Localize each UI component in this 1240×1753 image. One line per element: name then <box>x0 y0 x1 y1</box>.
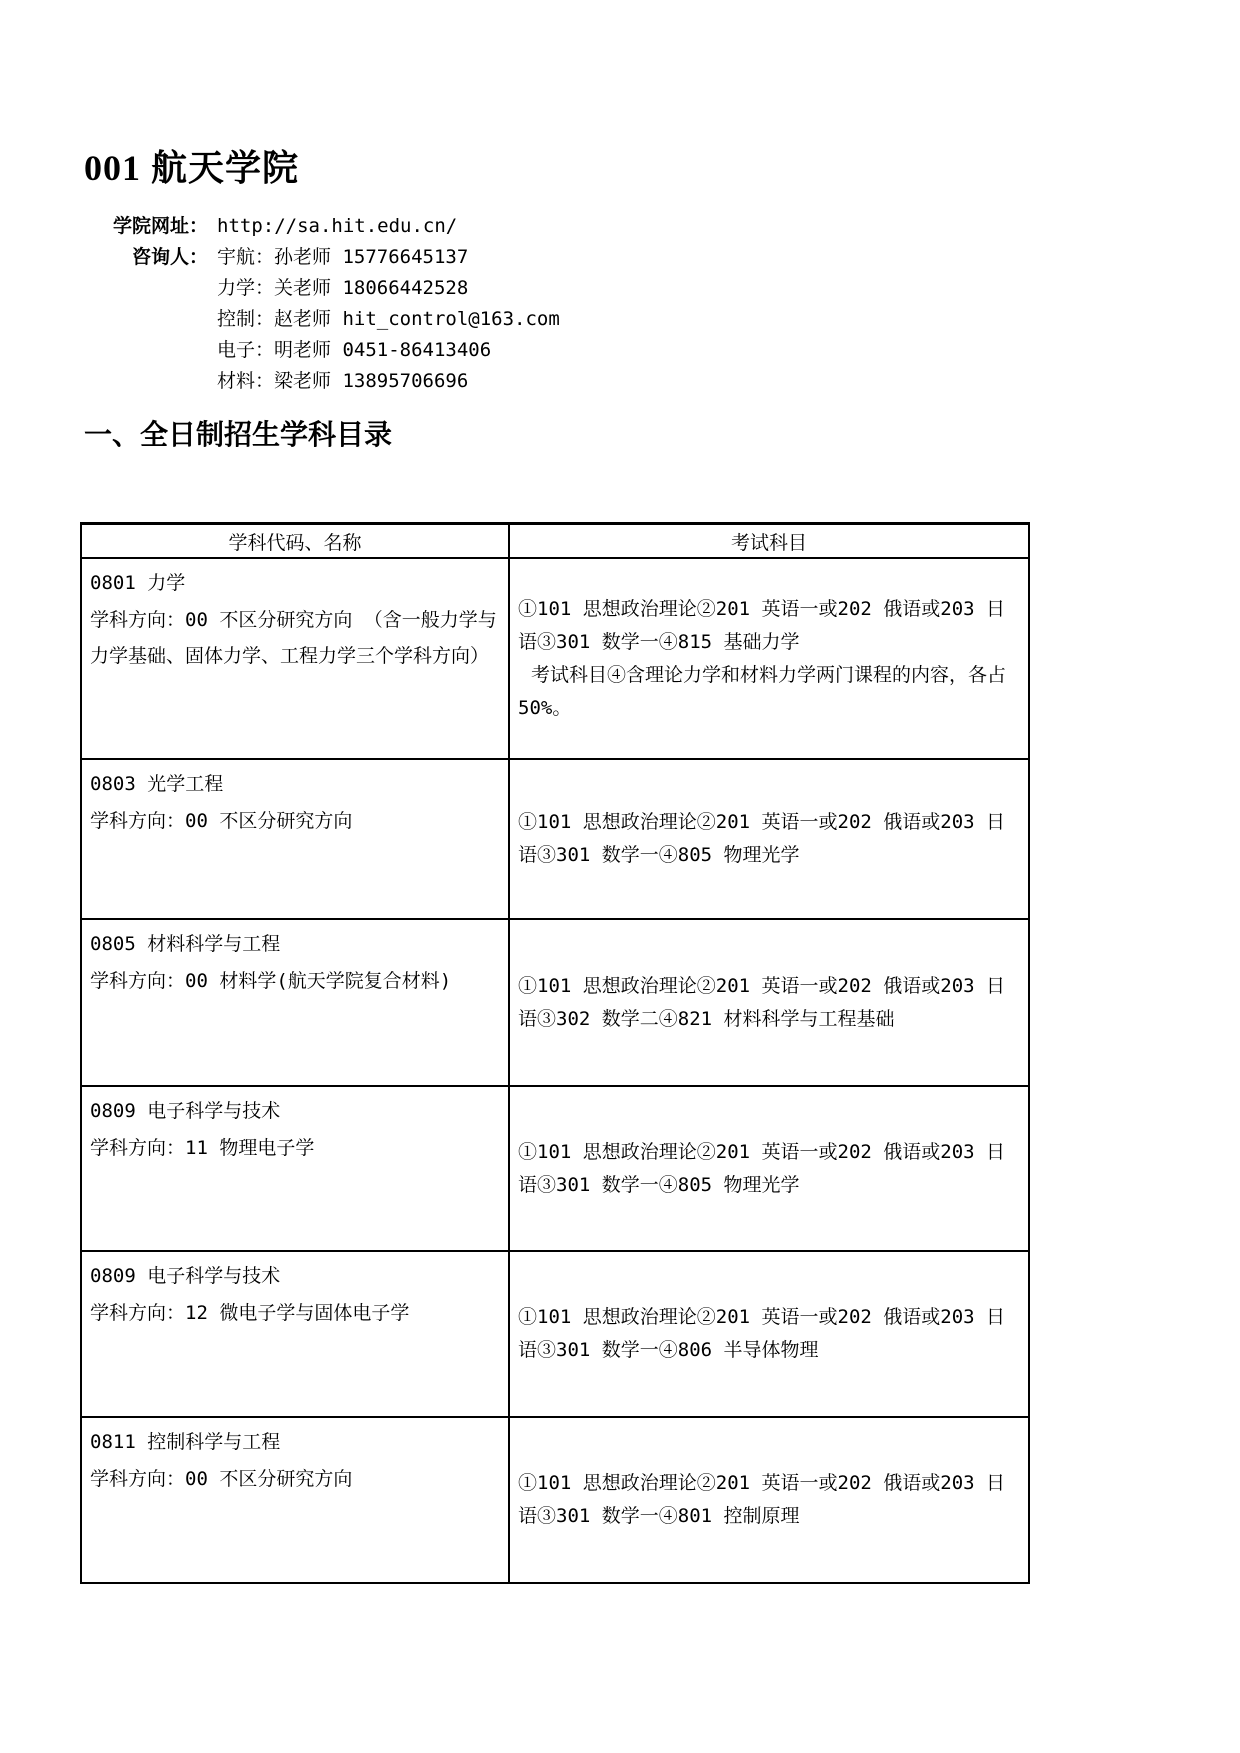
table-row: 0801 力学 学科方向：00 不区分研究方向 （含一般力学与力学基础、固体力学… <box>81 558 1029 759</box>
contact-row: 材料：梁老师 13895706696 <box>84 366 560 397</box>
contact-line: 控制：赵老师 hit_control@163.com <box>217 304 560 335</box>
code-name-cell: 0801 力学 学科方向：00 不区分研究方向 （含一般力学与力学基础、固体力学… <box>81 558 509 759</box>
direction-text: 学科方向：00 不区分研究方向 （含一般力学与力学基础、固体力学、工程力学三个学… <box>90 602 498 674</box>
subjects-text: ①101 思想政治理论②201 英语一或202 俄语或203 日语③301 数学… <box>518 1136 1022 1202</box>
catalog-table: 学科代码、名称 考试科目 0801 力学 学科方向：00 不区分研究方向 （含一… <box>80 522 1030 1584</box>
website-url: http://sa.hit.edu.cn/ <box>217 211 457 242</box>
subjects-text: ①101 思想政治理论②201 英语一或202 俄语或203 日语③301 数学… <box>518 806 1022 872</box>
direction-text: 学科方向：11 物理电子学 <box>90 1130 498 1166</box>
exam-subjects-cell: ①101 思想政治理论②201 英语一或202 俄语或203 日语③301 数学… <box>509 759 1029 919</box>
contact-row: 咨询人： 宇航：孙老师 15776645137 <box>84 242 560 273</box>
table-row: 0809 电子科学与技术 学科方向：12 微电子学与固体电子学 ①101 思想政… <box>81 1251 1029 1417</box>
code-name-text: 0809 电子科学与技术 <box>90 1258 498 1294</box>
table-row: 0803 光学工程 学科方向：00 不区分研究方向 ①101 思想政治理论②20… <box>81 759 1029 919</box>
table-header-row: 学科代码、名称 考试科目 <box>81 524 1029 559</box>
exam-subjects-cell: ①101 思想政治理论②201 英语一或202 俄语或203 日语③302 数学… <box>509 919 1029 1086</box>
website-label: 学院网址： <box>84 211 208 242</box>
code-name-cell: 0803 光学工程 学科方向：00 不区分研究方向 <box>81 759 509 919</box>
subjects-note-text: 考试科目④含理论力学和材料力学两门课程的内容，各占50%。 <box>518 659 1022 725</box>
code-name-cell: 0811 控制科学与工程 学科方向：00 不区分研究方向 <box>81 1417 509 1583</box>
page-title: 001 航天学院 <box>84 144 299 193</box>
table-header-exam-subjects: 考试科目 <box>509 524 1029 559</box>
code-name-text: 0811 控制科学与工程 <box>90 1424 498 1460</box>
table-row: 0809 电子科学与技术 学科方向：11 物理电子学 ①101 思想政治理论②2… <box>81 1086 1029 1251</box>
contact-label: 咨询人： <box>84 242 208 273</box>
contact-label-spacer <box>84 304 208 335</box>
contact-line: 宇航：孙老师 15776645137 <box>217 242 468 273</box>
exam-subjects-cell: ①101 思想政治理论②201 英语一或202 俄语或203 日语③301 数学… <box>509 558 1029 759</box>
subjects-text: ①101 思想政治理论②201 英语一或202 俄语或203 日语③302 数学… <box>518 970 1022 1036</box>
exam-subjects-cell: ①101 思想政治理论②201 英语一或202 俄语或203 日语③301 数学… <box>509 1417 1029 1583</box>
subjects-text: ①101 思想政治理论②201 英语一或202 俄语或203 日语③301 数学… <box>518 593 1022 659</box>
table-row: 0805 材料科学与工程 学科方向：00 材料学(航天学院复合材料) ①101 … <box>81 919 1029 1086</box>
website-row: 学院网址： http://sa.hit.edu.cn/ <box>84 211 560 242</box>
contact-row: 电子：明老师 0451-86413406 <box>84 335 560 366</box>
code-name-cell: 0809 电子科学与技术 学科方向：11 物理电子学 <box>81 1086 509 1251</box>
document-page: 001 航天学院 学院网址： http://sa.hit.edu.cn/ 咨询人… <box>0 0 1240 1753</box>
code-name-text: 0801 力学 <box>90 565 498 601</box>
code-name-text: 0803 光学工程 <box>90 766 498 802</box>
contact-line: 材料：梁老师 13895706696 <box>217 366 468 397</box>
code-name-cell: 0809 电子科学与技术 学科方向：12 微电子学与固体电子学 <box>81 1251 509 1417</box>
contact-line: 力学：关老师 18066442528 <box>217 273 468 304</box>
direction-text: 学科方向：12 微电子学与固体电子学 <box>90 1295 498 1331</box>
section-heading: 一、全日制招生学科目录 <box>84 414 392 456</box>
contact-line: 电子：明老师 0451-86413406 <box>217 335 491 366</box>
contact-info-block: 学院网址： http://sa.hit.edu.cn/ 咨询人： 宇航：孙老师 … <box>84 211 560 397</box>
exam-subjects-cell: ①101 思想政治理论②201 英语一或202 俄语或203 日语③301 数学… <box>509 1251 1029 1417</box>
direction-text: 学科方向：00 不区分研究方向 <box>90 803 498 839</box>
contact-label-spacer <box>84 366 208 397</box>
contact-label-spacer <box>84 273 208 304</box>
subjects-text: ①101 思想政治理论②201 英语一或202 俄语或203 日语③301 数学… <box>518 1467 1022 1533</box>
direction-text: 学科方向：00 材料学(航天学院复合材料) <box>90 963 498 999</box>
direction-text: 学科方向：00 不区分研究方向 <box>90 1461 498 1497</box>
code-name-text: 0809 电子科学与技术 <box>90 1093 498 1129</box>
contact-row: 控制：赵老师 hit_control@163.com <box>84 304 560 335</box>
code-name-text: 0805 材料科学与工程 <box>90 926 498 962</box>
table-header-code-name: 学科代码、名称 <box>81 524 509 559</box>
exam-subjects-cell: ①101 思想政治理论②201 英语一或202 俄语或203 日语③301 数学… <box>509 1086 1029 1251</box>
subjects-text: ①101 思想政治理论②201 英语一或202 俄语或203 日语③301 数学… <box>518 1301 1022 1367</box>
contact-row: 力学：关老师 18066442528 <box>84 273 560 304</box>
code-name-cell: 0805 材料科学与工程 学科方向：00 材料学(航天学院复合材料) <box>81 919 509 1086</box>
table-row: 0811 控制科学与工程 学科方向：00 不区分研究方向 ①101 思想政治理论… <box>81 1417 1029 1583</box>
contact-label-spacer <box>84 335 208 366</box>
